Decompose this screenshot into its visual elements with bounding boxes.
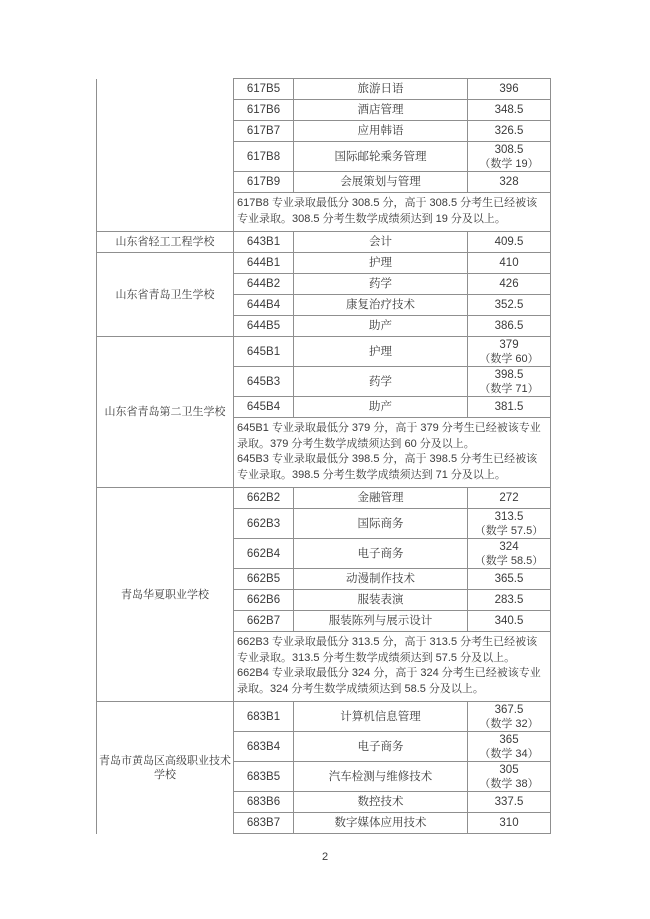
score-value: 272	[470, 491, 548, 505]
major-code-cell: 662B6	[234, 590, 294, 611]
major-name-cell: 旅游日语	[294, 79, 468, 100]
score-value: 381.5	[470, 400, 548, 414]
score-value: 386.5	[470, 319, 548, 333]
admission-note-cell: 617B8 专业录取最低分 308.5 分，高于 308.5 分考生已经被该专业…	[234, 193, 551, 232]
admission-note: 662B4 专业录取最低分 324 分，高于 324 分考生已经被该专业录取。3…	[237, 666, 548, 697]
score-math-requirement: （数学 32）	[470, 717, 548, 731]
major-name-cell: 汽车检测与维修技术	[294, 762, 468, 792]
major-name-cell: 会计	[294, 232, 468, 253]
major-name-cell: 计算机信息管理	[294, 702, 468, 732]
score-cell: 398.5（数学 71）	[468, 367, 551, 397]
major-code-cell: 662B2	[234, 488, 294, 509]
major-code-cell: 662B5	[234, 569, 294, 590]
school-name-cell: 山东省轻工工程学校	[97, 232, 234, 253]
school-name-cell: 山东省青岛卫生学校	[97, 253, 234, 337]
score-math-requirement: （数学 71）	[470, 382, 548, 396]
admission-note-cell: 662B3 专业录取最低分 313.5 分，高于 313.5 分考生已经被该专业…	[234, 632, 551, 702]
major-code-cell: 643B1	[234, 232, 294, 253]
score-value: 365.5	[470, 572, 548, 586]
score-value: 326.5	[470, 124, 548, 138]
major-code-cell: 683B1	[234, 702, 294, 732]
admission-note: 617B8 专业录取最低分 308.5 分，高于 308.5 分考生已经被该专业…	[237, 196, 548, 227]
score-math-requirement: （数学 58.5）	[470, 554, 548, 568]
score-value: 340.5	[470, 614, 548, 628]
table-row: 山东省青岛卫生学校644B1护理410	[97, 253, 551, 274]
score-cell: 310	[468, 813, 551, 834]
major-name-cell: 国际邮轮乘务管理	[294, 142, 468, 172]
major-code-cell: 683B6	[234, 792, 294, 813]
score-value: 396	[470, 82, 548, 96]
score-math-requirement: （数学 34）	[470, 747, 548, 761]
major-code-cell: 645B4	[234, 397, 294, 418]
score-cell: 379（数学 60）	[468, 337, 551, 367]
score-value: 367.5	[470, 703, 548, 717]
score-value: 310	[470, 816, 548, 830]
score-value: 409.5	[470, 235, 548, 249]
admission-note: 645B1 专业录取最低分 379 分，高于 379 分考生已经被该专业录取。3…	[237, 421, 548, 452]
major-code-cell: 645B3	[234, 367, 294, 397]
major-code-cell: 662B4	[234, 539, 294, 569]
score-value: 308.5	[470, 143, 548, 157]
major-code-cell: 662B7	[234, 611, 294, 632]
score-cell: 365（数学 34）	[468, 732, 551, 762]
major-code-cell: 645B1	[234, 337, 294, 367]
major-code-cell: 617B9	[234, 172, 294, 193]
score-math-requirement: （数学 38）	[470, 777, 548, 791]
major-name-cell: 数字媒体应用技术	[294, 813, 468, 834]
score-cell: 426	[468, 274, 551, 295]
score-value: 283.5	[470, 593, 548, 607]
score-cell: 410	[468, 253, 551, 274]
table-row: 青岛市黄岛区高级职业技术学校683B1计算机信息管理367.5（数学 32）	[97, 702, 551, 732]
score-value: 337.5	[470, 795, 548, 809]
major-name-cell: 酒店管理	[294, 100, 468, 121]
score-cell: 324（数学 58.5）	[468, 539, 551, 569]
score-cell: 326.5	[468, 121, 551, 142]
major-name-cell: 动漫制作技术	[294, 569, 468, 590]
score-math-requirement: （数学 57.5）	[470, 524, 548, 538]
score-cell: 365.5	[468, 569, 551, 590]
score-value: 426	[470, 277, 548, 291]
score-cell: 348.5	[468, 100, 551, 121]
score-cell: 396	[468, 79, 551, 100]
score-value: 352.5	[470, 298, 548, 312]
score-cell: 340.5	[468, 611, 551, 632]
score-cell: 352.5	[468, 295, 551, 316]
major-code-cell: 617B7	[234, 121, 294, 142]
score-cell: 308.5（数学 19）	[468, 142, 551, 172]
major-name-cell: 金融管理	[294, 488, 468, 509]
major-name-cell: 服装陈列与展示设计	[294, 611, 468, 632]
major-name-cell: 电子商务	[294, 539, 468, 569]
school-name-cell: 青岛市黄岛区高级职业技术学校	[97, 702, 234, 834]
table-row: 617B5旅游日语396	[97, 79, 551, 100]
table-row: 青岛华夏职业学校662B2金融管理272	[97, 488, 551, 509]
major-code-cell: 617B8	[234, 142, 294, 172]
school-name-cell	[97, 79, 234, 232]
major-name-cell: 会展策划与管理	[294, 172, 468, 193]
major-code-cell: 683B4	[234, 732, 294, 762]
major-name-cell: 服装表演	[294, 590, 468, 611]
admission-score-table-wrap: 617B5旅游日语396617B6酒店管理348.5617B7应用韩语326.5…	[96, 78, 551, 834]
score-cell: 386.5	[468, 316, 551, 337]
table-row: 山东省青岛第二卫生学校645B1护理379（数学 60）	[97, 337, 551, 367]
major-name-cell: 护理	[294, 337, 468, 367]
major-code-cell: 644B4	[234, 295, 294, 316]
score-value: 398.5	[470, 368, 548, 382]
major-code-cell: 617B5	[234, 79, 294, 100]
score-cell: 337.5	[468, 792, 551, 813]
score-table-body: 617B5旅游日语396617B6酒店管理348.5617B7应用韩语326.5…	[97, 79, 551, 834]
score-value: 313.5	[470, 510, 548, 524]
score-math-requirement: （数学 60）	[470, 352, 548, 366]
score-cell: 367.5（数学 32）	[468, 702, 551, 732]
major-name-cell: 国际商务	[294, 509, 468, 539]
score-cell: 313.5（数学 57.5）	[468, 509, 551, 539]
major-name-cell: 药学	[294, 274, 468, 295]
admission-note: 645B3 专业录取最低分 398.5 分，高于 398.5 分考生已经被该专业…	[237, 452, 548, 483]
score-value: 365	[470, 733, 548, 747]
document-page: { "page": { "number": "2" }, "table": { …	[0, 0, 650, 919]
school-name-cell: 山东省青岛第二卫生学校	[97, 337, 234, 488]
score-table: 617B5旅游日语396617B6酒店管理348.5617B7应用韩语326.5…	[96, 78, 551, 834]
score-cell: 272	[468, 488, 551, 509]
score-value: 379	[470, 338, 548, 352]
school-name-cell: 青岛华夏职业学校	[97, 488, 234, 702]
score-cell: 409.5	[468, 232, 551, 253]
major-code-cell: 644B1	[234, 253, 294, 274]
major-name-cell: 应用韩语	[294, 121, 468, 142]
major-name-cell: 护理	[294, 253, 468, 274]
major-name-cell: 电子商务	[294, 732, 468, 762]
admission-note-cell: 645B1 专业录取最低分 379 分，高于 379 分考生已经被该专业录取。3…	[234, 418, 551, 488]
table-row: 山东省轻工工程学校643B1会计409.5	[97, 232, 551, 253]
major-code-cell: 662B3	[234, 509, 294, 539]
score-value: 328	[470, 175, 548, 189]
major-code-cell: 644B5	[234, 316, 294, 337]
score-cell: 328	[468, 172, 551, 193]
major-name-cell: 助产	[294, 316, 468, 337]
major-code-cell: 644B2	[234, 274, 294, 295]
score-value: 305	[470, 763, 548, 777]
score-math-requirement: （数学 19）	[470, 157, 548, 171]
major-code-cell: 617B6	[234, 100, 294, 121]
score-cell: 283.5	[468, 590, 551, 611]
score-cell: 305（数学 38）	[468, 762, 551, 792]
major-name-cell: 康复治疗技术	[294, 295, 468, 316]
score-value: 324	[470, 540, 548, 554]
score-value: 410	[470, 256, 548, 270]
major-name-cell: 数控技术	[294, 792, 468, 813]
major-name-cell: 药学	[294, 367, 468, 397]
admission-note: 662B3 专业录取最低分 313.5 分，高于 313.5 分考生已经被该专业…	[237, 635, 548, 666]
major-code-cell: 683B5	[234, 762, 294, 792]
score-cell: 381.5	[468, 397, 551, 418]
major-code-cell: 683B7	[234, 813, 294, 834]
major-name-cell: 助产	[294, 397, 468, 418]
page-number: 2	[0, 851, 650, 863]
score-value: 348.5	[470, 103, 548, 117]
